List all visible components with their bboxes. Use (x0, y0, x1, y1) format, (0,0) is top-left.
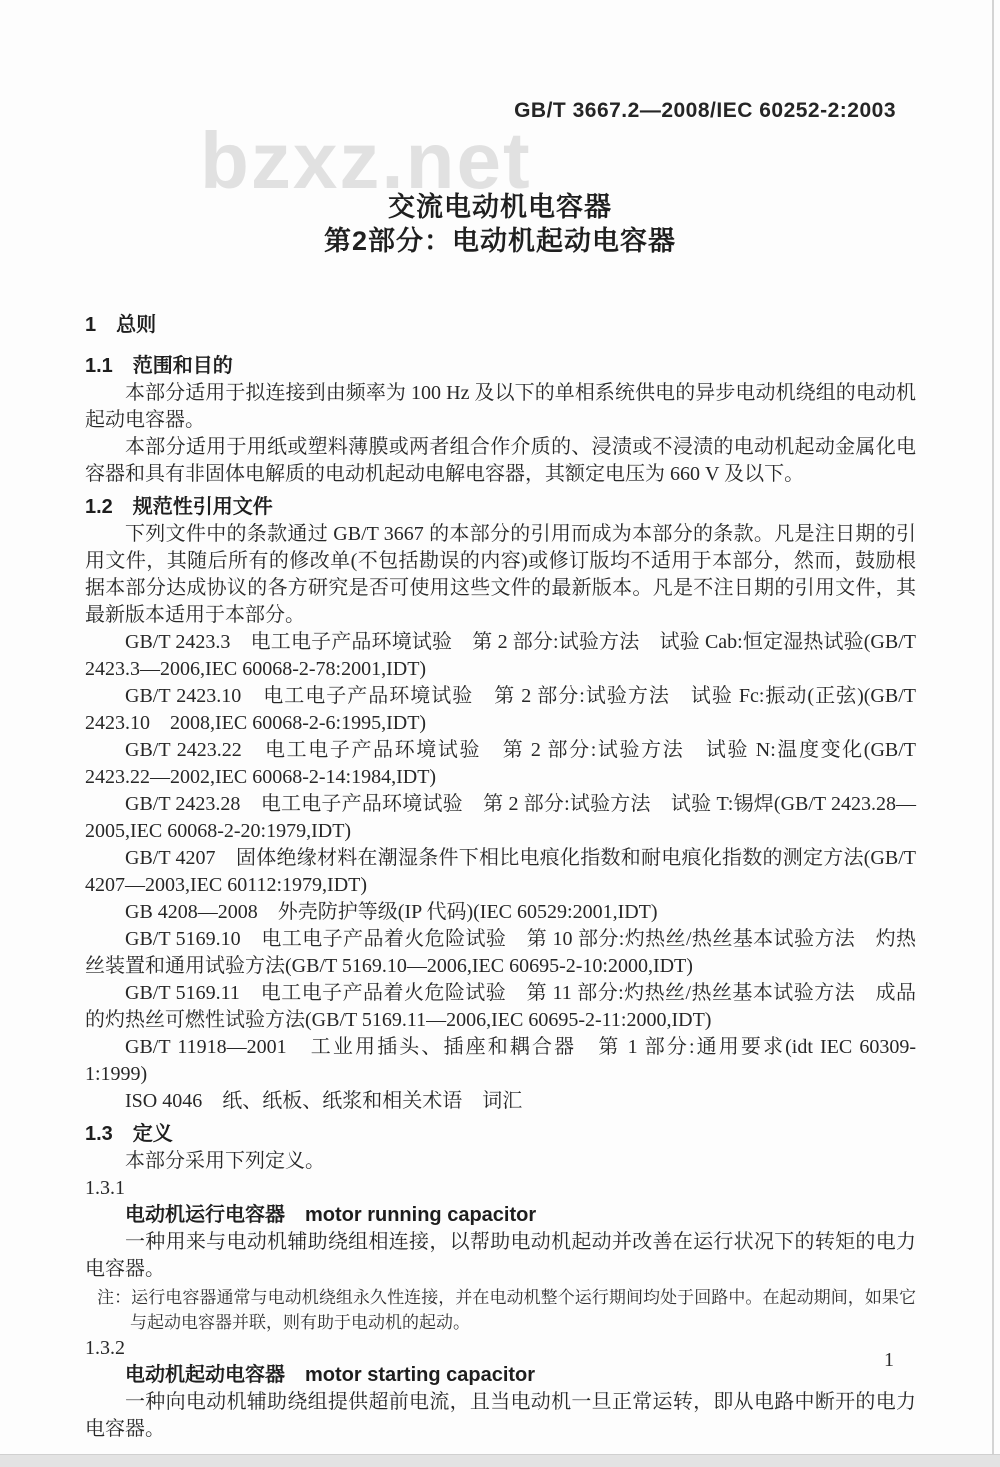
text-line: GB/T 4207 固体绝缘材料在潮湿条件下相比电痕化指数和耐电痕化指数的测定方… (85, 845, 916, 899)
standard-code-header: GB/T 3667.2—2008/IEC 60252-2:2003 (514, 99, 896, 123)
scan-edge-line (992, 0, 994, 1467)
page-number: 1 (884, 1349, 894, 1372)
text-line: 电动机运行电容器 motor running capacitor (85, 1202, 916, 1229)
text-line: 1 总则 (85, 312, 916, 339)
text-line: 1.3.1 (85, 1175, 916, 1202)
text-line: ISO 4046 纸、纸板、纸浆和相关术语 词汇 (85, 1088, 916, 1115)
text-line: 1.3.2 (85, 1335, 916, 1362)
text-line: 本部分适用于用纸或塑料薄膜或两者组合作介质的、浸渍或不浸渍的电动机起动金属化电容… (85, 434, 916, 488)
text-line: 下列文件中的条款通过 GB/T 3667 的本部分的引用而成为本部分的条款。凡是… (85, 521, 916, 629)
text-line: GB/T 5169.10 电工电子产品着火危险试验 第 10 部分:灼热丝/热丝… (85, 926, 916, 980)
text-line: 电动机起动电容器 motor starting capacitor (85, 1362, 916, 1389)
text-line: 本部分适用于拟连接到由频率为 100 Hz 及以下的单相系统供电的异步电动机绕组… (85, 380, 916, 434)
scan-bottom-strip (0, 1454, 1000, 1467)
document-title-line1: 交流电动机电容器 (0, 192, 1000, 223)
text-line: 一种向电动机辅助绕组提供超前电流，且当电动机一旦正常运转，即从电路中断开的电力电… (85, 1389, 916, 1443)
document-page: bzxz.net GB/T 3667.2—2008/IEC 60252-2:20… (0, 0, 1000, 1467)
text-line: 一种用来与电动机辅助绕组相连接，以帮助电动机起动并改善在运行状况下的转矩的电力电… (85, 1229, 916, 1283)
document-title-block: 交流电动机电容器 第2部分：电动机起动电容器 (0, 192, 1000, 257)
text-line: GB/T 2423.22 电工电子产品环境试验 第 2 部分:试验方法 试验 N… (85, 737, 916, 791)
text-line: 本部分采用下列定义。 (85, 1148, 916, 1175)
text-line: GB/T 2423.3 电工电子产品环境试验 第 2 部分:试验方法 试验 Ca… (85, 629, 916, 683)
text-line: GB/T 11918—2001 工业用插头、插座和耦合器 第 1 部分:通用要求… (85, 1034, 916, 1088)
text-line: GB 4208—2008 外壳防护等级(IP 代码)(IEC 60529:200… (85, 899, 916, 926)
text-line: GB/T 5169.11 电工电子产品着火危险试验 第 11 部分:灼热丝/热丝… (85, 980, 916, 1034)
text-line: 1.1 范围和目的 (85, 353, 916, 380)
text-line: 1.2 规范性引用文件 (85, 494, 916, 521)
watermark-text: bzxz.net (200, 121, 532, 201)
text-line: 1.3 定义 (85, 1121, 916, 1148)
document-body: 1 总则1.1 范围和目的本部分适用于拟连接到由频率为 100 Hz 及以下的单… (85, 312, 916, 1443)
text-line: GB/T 2423.28 电工电子产品环境试验 第 2 部分:试验方法 试验 T… (85, 791, 916, 845)
text-line: GB/T 2423.10 电工电子产品环境试验 第 2 部分:试验方法 试验 F… (85, 683, 916, 737)
text-line: 注：运行电容器通常与电动机绕组永久性连接，并在电动机整个运行期间均处于回路中。在… (85, 1285, 916, 1335)
document-title-line2: 第2部分：电动机起动电容器 (0, 226, 1000, 257)
